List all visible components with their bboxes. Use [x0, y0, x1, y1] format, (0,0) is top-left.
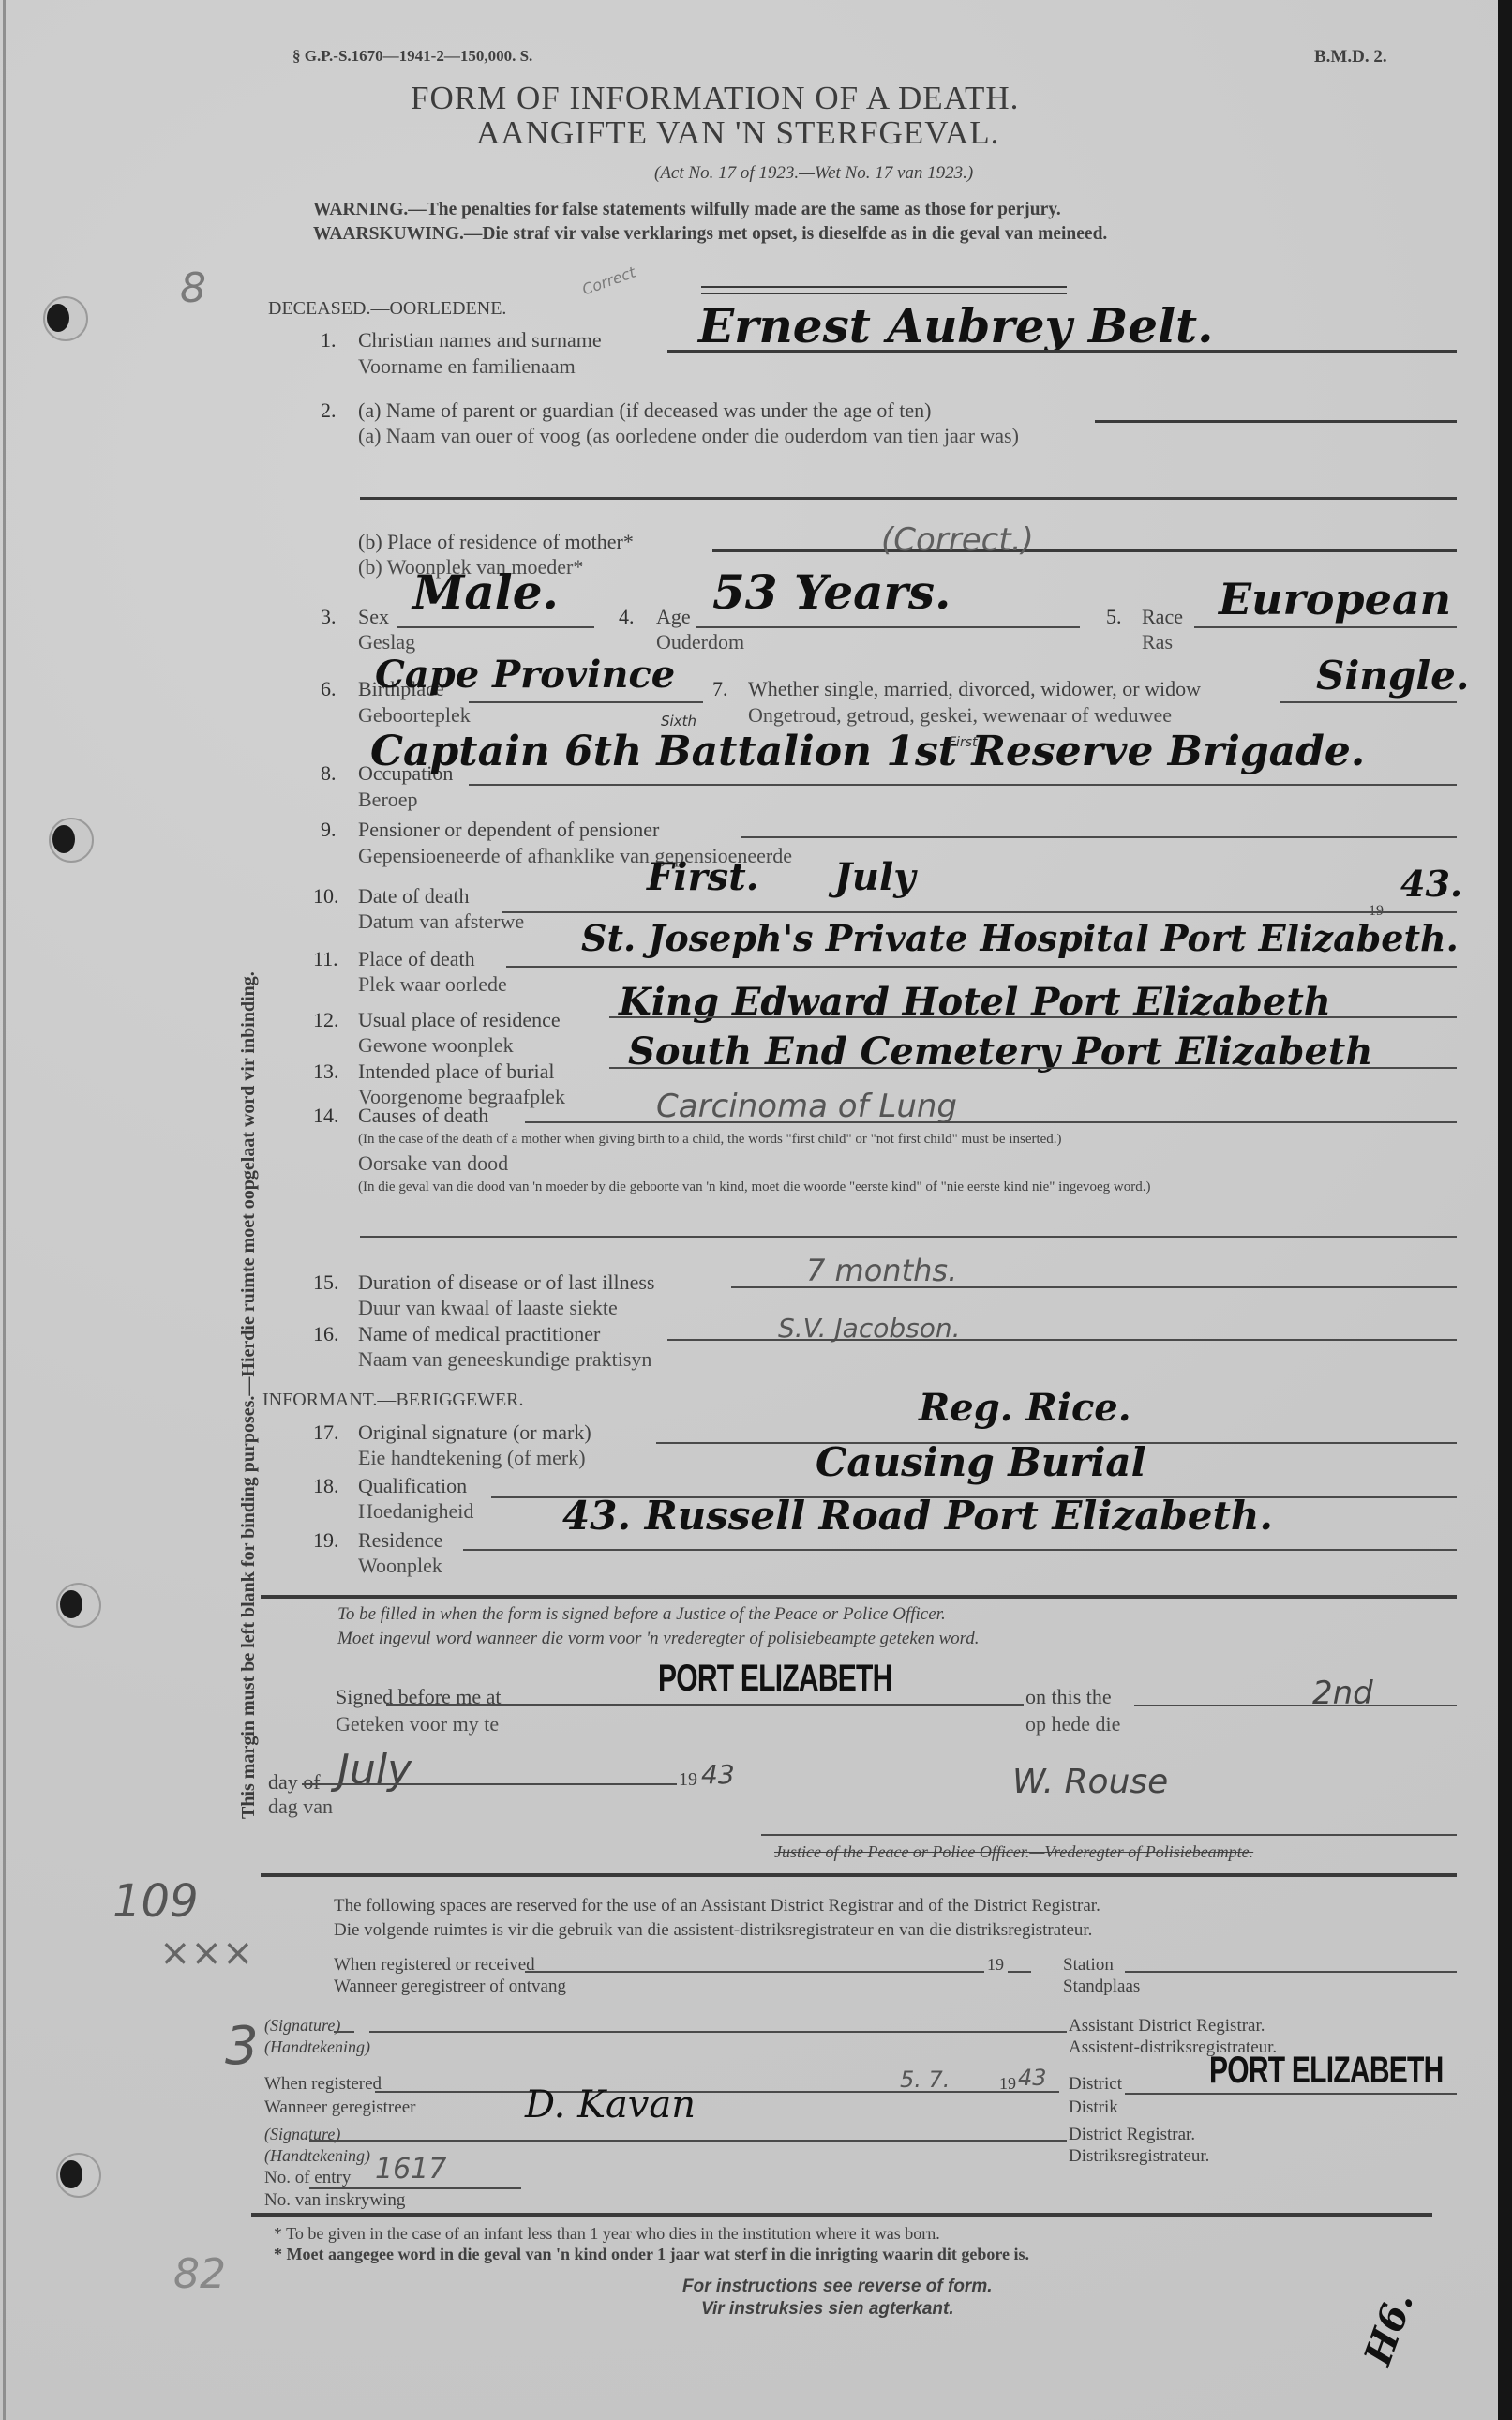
field-line — [1280, 701, 1457, 703]
signature-label: Original signature (or mark) — [358, 1420, 591, 1445]
informant-signature-value[interactable]: Reg. Rice. — [919, 1386, 1131, 1430]
field-line — [525, 1971, 984, 1973]
correct-annotation: Correct — [580, 263, 638, 298]
signed-at-label-af: Geteken voor my te — [336, 1712, 499, 1736]
field-line — [302, 1783, 677, 1785]
signature2-label-af: (Handtekening) — [264, 2146, 370, 2166]
pencil-note-8: 8 — [180, 264, 206, 312]
death-year-value[interactable]: 43. — [1400, 863, 1462, 905]
informant-heading: INFORMANT.—BERIGGEWER. — [262, 1390, 524, 1411]
item-number: 14. — [313, 1104, 339, 1128]
field-line — [731, 1286, 1457, 1288]
field-line — [609, 1016, 1457, 1018]
signature1-label: (Signature) — [264, 2016, 340, 2036]
item-number: 4. — [619, 605, 635, 629]
age-label-af: Ouderdom — [656, 630, 744, 654]
on-this-label-af: op hede die — [1025, 1712, 1120, 1736]
deceased-name-value[interactable]: Ernest Aubrey Belt. — [698, 298, 1214, 353]
usual-residence-label-af: Gewone woonplek — [358, 1033, 514, 1058]
district-registrar-signature: D. Kavan — [525, 2083, 696, 2127]
item-number: 1. — [321, 328, 337, 353]
field-line — [375, 2091, 1059, 2093]
residence-label: Residence — [358, 1528, 442, 1553]
burial-label: Intended place of burial — [358, 1060, 555, 1084]
item-number: 9. — [321, 818, 337, 842]
document-page: This margin must be left blank for bindi… — [0, 0, 1498, 2420]
duration-label-af: Duur van kwaal of laaste siekte — [358, 1296, 618, 1320]
binder-hole-icon — [49, 818, 94, 863]
age-label: Age — [656, 605, 691, 629]
occupation-label-af: Beroep — [358, 788, 418, 812]
field-line — [334, 2031, 354, 2033]
day-of-label: day of — [268, 1770, 321, 1795]
field-line — [525, 1121, 1457, 1123]
binder-hole-icon — [43, 296, 88, 341]
pencil-note-109: 109 — [112, 1875, 199, 1928]
birthplace-value[interactable]: Cape Province — [375, 653, 675, 697]
registered-label: When registered — [264, 2074, 382, 2095]
field-line — [463, 1549, 1457, 1551]
justice-note-en: To be filled in when the form is signed … — [337, 1604, 946, 1625]
causes-note-af: (In die geval van die dood van 'n moeder… — [358, 1179, 1464, 1195]
double-rule — [701, 286, 1067, 288]
field-line — [1095, 420, 1457, 423]
place-of-death-label: Place of death — [358, 947, 475, 971]
station-label: Station — [1063, 1955, 1114, 1976]
year-prefix: 19 — [987, 1955, 1004, 1975]
place-of-death-label-af: Plek waar oorlede — [358, 972, 507, 997]
double-rule — [701, 293, 1067, 294]
pencil-note-3: 3 — [225, 2016, 259, 2077]
field-line — [1125, 1971, 1457, 1973]
on-this-label: on this the — [1025, 1685, 1112, 1709]
district-registrar-label-af: Distriksregistrateur. — [1069, 2146, 1209, 2167]
field-line — [741, 836, 1457, 838]
received-label-af: Wanneer geregistreer of ontvang — [334, 1977, 566, 1997]
death-day-value[interactable]: First. — [647, 855, 759, 899]
sex-value[interactable]: Male. — [412, 564, 559, 620]
footnote-af: * Moet aangegee word in die geval van 'n… — [274, 2245, 1029, 2264]
item-number: 18. — [313, 1474, 339, 1498]
age-value[interactable]: 53 Years. — [712, 564, 951, 620]
deceased-heading: DECEASED.—OORLEDENE. — [268, 298, 506, 320]
received-label: When registered or received — [334, 1955, 535, 1976]
year-prefix: 19 — [999, 2074, 1016, 2094]
field-line — [696, 626, 1080, 628]
duration-label: Duration of disease or of last illness — [358, 1270, 655, 1295]
field-line — [469, 701, 703, 703]
marital-value[interactable]: Single. — [1316, 653, 1470, 699]
practitioner-label: Name of medical practitioner — [358, 1322, 600, 1346]
field-line — [532, 1704, 1024, 1706]
signed-month-value[interactable]: July — [337, 1746, 412, 1794]
causes-value[interactable]: Carcinoma of Lung — [656, 1088, 957, 1125]
marital-label-af: Ongetroud, getroud, geskei, wewenaar of … — [748, 703, 1172, 728]
item-number: 11. — [313, 947, 338, 971]
signature-label-af: Eie handtekening (of merk) — [358, 1446, 586, 1470]
race-value[interactable]: European — [1219, 574, 1451, 624]
field-line — [360, 497, 1457, 500]
binding-margin-note: This margin must be left blank for bindi… — [238, 971, 260, 1819]
field-line — [347, 2140, 1067, 2142]
warning-afrikaans: WAARSKUWING.—Die straf vir valse verklar… — [313, 224, 1107, 245]
field-line — [506, 966, 1457, 968]
year-prefix: 19 — [679, 1769, 697, 1791]
field-line — [1194, 626, 1457, 628]
race-label: Race — [1142, 605, 1183, 629]
field-line — [1008, 1971, 1031, 1973]
duration-value[interactable]: 7 months. — [806, 1253, 957, 1288]
item-number: 16. — [313, 1322, 339, 1346]
field-line — [469, 784, 1457, 786]
parent-label-af: (a) Naam van ouer of voog (as oorledene … — [358, 424, 1019, 448]
practitioner-label-af: Naam van geneeskundige praktisyn — [358, 1347, 651, 1372]
death-month-value[interactable]: July — [834, 855, 915, 899]
causes-label-af: Oorsake van dood — [358, 1151, 508, 1176]
asst-registrar-label: Assistant District Registrar. — [1069, 2016, 1265, 2037]
pencil-note-xxx: ××× — [159, 1931, 254, 1975]
parent-label: (a) Name of parent or guardian (if decea… — [358, 398, 931, 423]
warning-english: WARNING.—The penalties for false stateme… — [313, 200, 1061, 220]
binder-hole-icon — [56, 1583, 101, 1628]
date-of-death-label-af: Datum van afsterwe — [358, 909, 524, 934]
registrar-note-en: The following spaces are reserved for th… — [334, 1896, 1100, 1916]
field-line — [761, 1834, 1457, 1836]
item-number: 10. — [313, 884, 339, 909]
registered-date-value[interactable]: 5. 7. — [900, 2067, 950, 2093]
field-line — [309, 2187, 521, 2189]
sex-label-af: Geslag — [358, 630, 415, 654]
item-number: 12. — [313, 1008, 339, 1032]
field-line — [397, 626, 594, 628]
residence-label-af: Woonplek — [358, 1554, 442, 1578]
entry-number-value[interactable]: 1617 — [375, 2153, 446, 2186]
print-reference: § G.P.-S.1670—1941-2—150,000. S. — [292, 47, 532, 66]
section-divider — [251, 2213, 1432, 2217]
pencil-note-bottom: 82 — [173, 2250, 226, 2298]
name-label-af: Voorname en familienaam — [358, 354, 576, 379]
item-number: 13. — [313, 1060, 339, 1084]
race-label-af: Ras — [1142, 630, 1173, 654]
day-of-label-af: dag van — [268, 1795, 333, 1819]
margin-rule — [3, 0, 6, 2420]
field-line — [667, 350, 1457, 353]
signed-year-value[interactable]: 43 — [701, 1759, 735, 1790]
district-registrar-label: District Registrar. — [1069, 2125, 1195, 2145]
item-number: 7. — [712, 677, 728, 701]
footnote-en: * To be given in the case of an infant l… — [274, 2224, 940, 2244]
justice-signature: W. Rouse — [1012, 1763, 1168, 1801]
place-of-death-value[interactable]: St. Joseph's Private Hospital Port Eliza… — [581, 917, 1459, 959]
item-number: 6. — [321, 677, 337, 701]
birthplace-label-af: Geboorteplek — [358, 703, 471, 728]
district-stamp: PORT ELIZABETH — [1209, 2050, 1444, 2092]
form-code: B.M.D. 2. — [1314, 47, 1387, 68]
title-afrikaans: AANGIFTE VAN 'N STERFGEVAL. — [476, 114, 999, 152]
pensioner-label: Pensioner or dependent of pensioner — [358, 818, 659, 842]
mother-residence-label: (b) Place of residence of mother* — [358, 530, 634, 554]
item-number: 2. — [321, 398, 337, 423]
causes-note-en: (In the case of the death of a mother wh… — [358, 1132, 1062, 1148]
district-label: District — [1069, 2074, 1122, 2095]
justice-note-af: Moet ingevul word wanneer die vorm voor … — [337, 1629, 980, 1649]
item-number: 15. — [313, 1270, 339, 1295]
act-reference: (Act No. 17 of 1923.—Wet No. 17 van 1923… — [654, 163, 973, 184]
item-number: 17. — [313, 1420, 339, 1445]
occupation-value[interactable]: Captain 6th Battalion 1st Reserve Brigad… — [370, 728, 1365, 775]
item-number: 8. — [321, 761, 337, 786]
port-elizabeth-stamp: PORT ELIZABETH — [658, 1658, 892, 1700]
binder-hole-icon — [56, 2153, 101, 2198]
item-number: 19. — [313, 1528, 339, 1553]
correct-note: (Correct.) — [881, 521, 1034, 559]
qualification-value[interactable]: Causing Burial — [816, 1439, 1146, 1485]
signature1-label-af: (Handtekening) — [264, 2037, 370, 2057]
corner-mark: H6. — [1355, 2286, 1422, 2371]
qualification-label: Qualification — [358, 1474, 467, 1498]
scan-edge — [1498, 0, 1512, 2420]
section-divider — [261, 1873, 1457, 1877]
registered-year-value[interactable]: 43 — [1018, 2065, 1047, 2091]
registered-label-af: Wanneer geregistreer — [264, 2097, 415, 2118]
sex-label: Sex — [358, 605, 389, 629]
first-annotation: First — [949, 735, 977, 750]
signed-day-value[interactable]: 2nd — [1312, 1675, 1373, 1712]
field-line — [609, 1067, 1457, 1069]
item-number: 5. — [1106, 605, 1122, 629]
instructions-af: Vir instruksies sien agterkant. — [701, 2299, 954, 2320]
usual-residence-label: Usual place of residence — [358, 1008, 561, 1032]
field-line — [1134, 1705, 1457, 1706]
station-label-af: Standplaas — [1063, 1977, 1140, 1997]
field-line — [712, 549, 1457, 552]
informant-residence-value[interactable]: 43. Russell Road Port Elizabeth. — [562, 1493, 1273, 1539]
field-line — [369, 2031, 1067, 2033]
title-english: FORM OF INFORMATION OF A DEATH. — [411, 80, 1019, 117]
marital-label: Whether single, married, divorced, widow… — [748, 677, 1201, 701]
field-line — [360, 1236, 1457, 1238]
field-line — [1125, 2093, 1457, 2095]
item-number: 3. — [321, 605, 337, 629]
causes-label: Causes of death — [358, 1104, 488, 1128]
section-divider — [261, 1595, 1457, 1599]
qualification-label-af: Hoedanigheid — [358, 1499, 473, 1524]
date-of-death-label: Date of death — [358, 884, 470, 909]
justice-caption: Justice of the Peace or Police Officer.—… — [774, 1842, 1253, 1862]
field-line — [667, 1339, 1457, 1341]
name-label: Christian names and surname — [358, 328, 602, 353]
registrar-note-af: Die volgende ruimtes is vir die gebruik … — [334, 1920, 1092, 1941]
entry-label-af: No. van inskrywing — [264, 2190, 405, 2211]
entry-label: No. of entry — [264, 2168, 351, 2188]
signed-at-label: Signed before me at — [336, 1685, 502, 1709]
field-line — [502, 911, 1457, 913]
instructions-en: For instructions see reverse of form. — [682, 2277, 993, 2297]
district-label-af: Distrik — [1069, 2097, 1118, 2118]
